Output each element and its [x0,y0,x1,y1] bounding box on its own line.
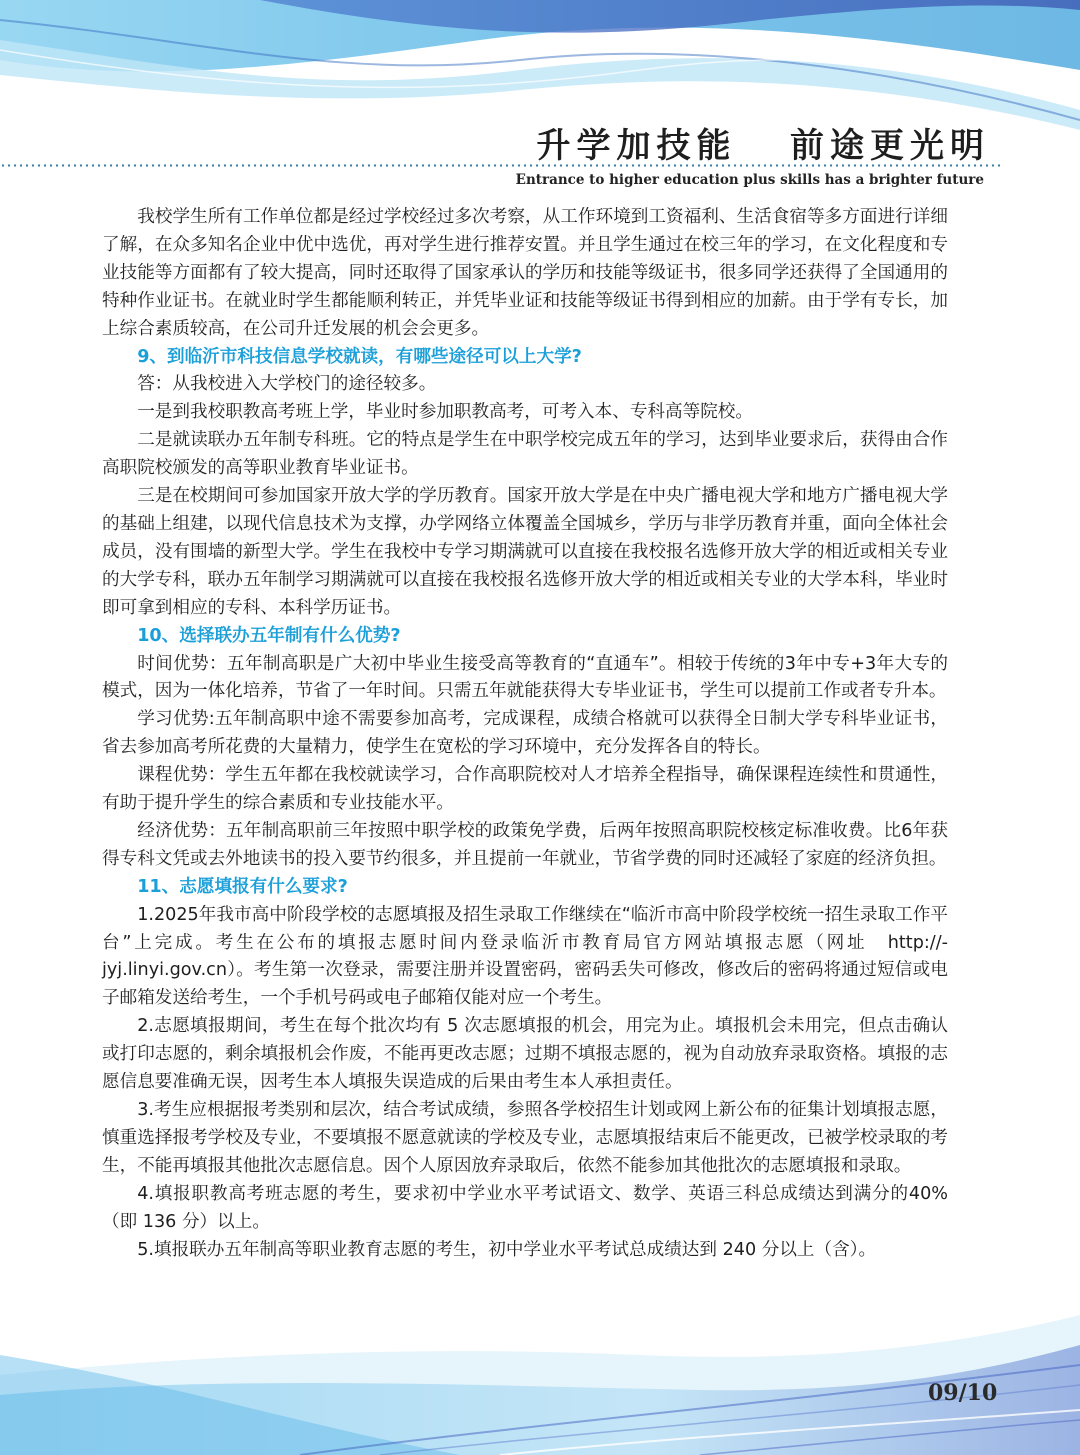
paragraph: 课程优势：学生五年都在我校就读学习，合作高职院校对人才培养全程指导，确保课程连续… [102,762,948,818]
section-heading-9: 9、到临沂市科技信息学校就读，有哪些途径可以上大学? [102,344,948,372]
paragraph: 三是在校期间可参加国家开放大学的学历教育。国家开放大学是在中央广播电视大学和地方… [102,483,948,623]
bottom-wave-decoration [0,1315,1080,1455]
page-subtitle: Entrance to higher education plus skills… [516,172,984,188]
section-heading-10: 10、选择联办五年制有什么优势? [102,623,948,651]
article-body: 我校学生所有工作单位都是经过学校经过多次考察，从工作环境到工资福利、生活食宿等多… [102,204,948,1264]
dotted-divider [0,164,1000,167]
paragraph: 经济优势：五年制高职前三年按照中职学校的政策免学费，后两年按照高职院校核定标准收… [102,818,948,874]
paragraph: 3.考生应根据报考类别和层次，结合考试成绩，参照各学校招生计划或网上新公布的征集… [102,1097,948,1181]
paragraph: 2.志愿填报期间，考生在每个批次均有 5 次志愿填报的机会，用完为止。填报机会未… [102,1013,948,1097]
paragraph: 答：从我校进入大学校门的途径较多。 [102,371,948,399]
paragraph: 时间优势：五年制高职是广大初中毕业生接受高等教育的“直通车”。相较于传统的3年中… [102,651,948,707]
paragraph: 二是就读联办五年制专科班。它的特点是学生在中职学校完成五年的学习，达到毕业要求后… [102,427,948,483]
paragraph: 5.填报联办五年制高等职业教育志愿的考生，初中学业水平考试总成绩达到 240 分… [102,1237,948,1265]
page-title: 升学加技能 前途更光明 [536,118,990,167]
section-heading-11: 11、志愿填报有什么要求? [102,874,948,902]
paragraph: 学习优势:五年制高职中途不需要参加高考，完成课程，成绩合格就可以获得全日制大学专… [102,706,948,762]
paragraph: 4.填报职教高考班志愿的考生，要求初中学业水平考试语文、数学、英语三科总成绩达到… [102,1181,948,1237]
intro-paragraph: 我校学生所有工作单位都是经过学校经过多次考察，从工作环境到工资福利、生活食宿等多… [102,204,948,344]
page-number: 09/10 [928,1380,997,1406]
paragraph: 1.2025年我市高中阶段学校的志愿填报及招生录取工作继续在“临沂市高中阶段学校… [102,902,948,1014]
top-wave-decoration [0,0,1080,130]
paragraph: 一是到我校职教高考班上学，毕业时参加职教高考，可考入本、专科高等院校。 [102,399,948,427]
